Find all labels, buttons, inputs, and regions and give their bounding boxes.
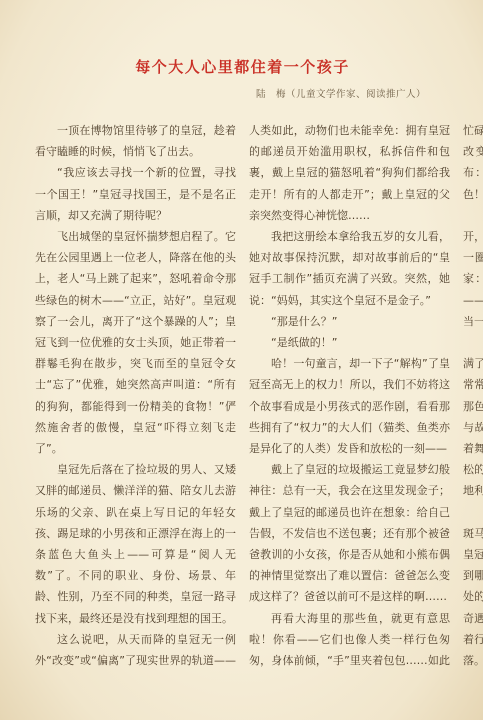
paragraph: 皇冠先后落在了捡垃圾的男人、又矮又胖的邮递员、懒洋洋的猫、陪女儿去游乐场的父亲、…	[35, 459, 236, 629]
paragraph: 戴上了皇冠的垃圾搬运工竟显梦幻般神往：总有一天，我会在这里发现金子；戴上了皇冠的…	[249, 459, 450, 607]
paragraph: 故事的结局在我们的意料之中——离开，是为了更尽情地回归。皇冠兜兜转转一圈，还是觉…	[463, 205, 483, 332]
paragraph: 雅尼什和斑石一起创作的图画书，充满了奇思妙想。雅尼什的故事幻想丰沛，常常跳出惯有…	[463, 332, 483, 502]
article-body: 一顶在博物馆里待够了的皇冠，趁着看守瞌睡的时候，悄悄飞了出去。 “我应该去寻找一…	[35, 120, 450, 680]
magazine-page: 每个大人心里都住着一个孩子 陆 梅（儿童文学作家、阅读推广人） 一顶在博物馆里待…	[0, 0, 483, 720]
paragraph: 有意思的是，扉页中那个骑着单车的斑马条纹的鲶鱼，背着鼓鼓的双肩包，从皇冠飞出城堡…	[463, 502, 483, 672]
paragraph: 哈！一句童言，却一下子“解构”了皇冠至高无上的权力！所以，我们不妨将这个故事看成…	[249, 353, 450, 459]
byline: 陆 梅（儿童文学作家、阅读推广人）	[35, 86, 450, 100]
paragraph: “我应该去寻找一个新的位置，寻找一个国王！”皇冠寻找国王，是不是名正言顺，却又充…	[35, 162, 236, 226]
paragraph: 我把这册绘本拿给我五岁的女儿看，她对故事保持沉默，却对故事前后的“皇冠手工制作”…	[249, 226, 450, 311]
page-title: 每个大人心里都住着一个孩子	[35, 56, 450, 77]
paragraph: 飞出城堡的皇冠怀揣梦想启程了。它先在公园里遇上一位老人，降落在他的头上，老人“马…	[35, 226, 236, 459]
paragraph-dialogue: “是纸做的！”	[249, 332, 450, 353]
paragraph: 一顶在博物馆里待够了的皇冠，趁着看守瞌睡的时候，悄悄飞了出去。	[35, 120, 236, 162]
paragraph-dialogue: “那是什么？”	[249, 311, 450, 332]
